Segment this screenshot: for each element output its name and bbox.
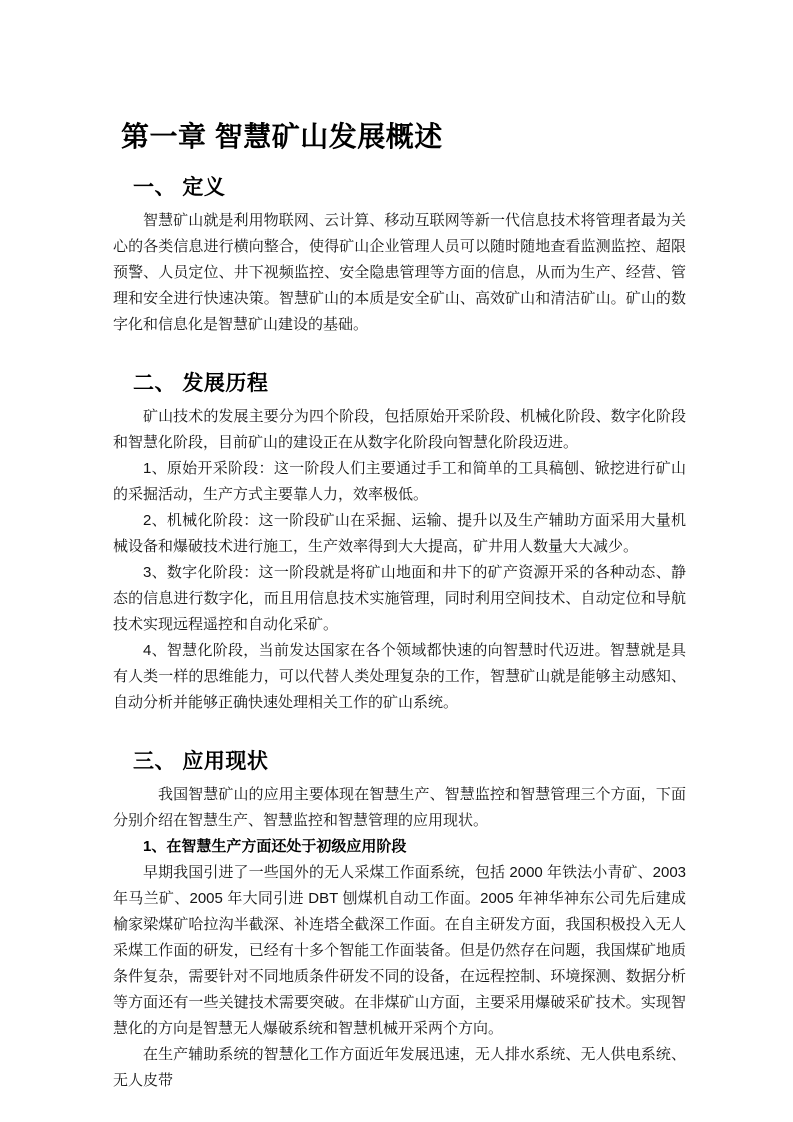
document-content: 第一章 智慧矿山发展概述 一、 定义 智慧矿山就是利用物联网、云计算、移动互联网…	[113, 0, 686, 1094]
body-paragraph: 早期我国引进了一些国外的无人采煤工作面系统，包括 2000 年铁法小青矿、200…	[113, 860, 686, 1042]
body-paragraph: 1、原始开采阶段：这一阶段人们主要通过手工和简单的工具稿刨、锨挖进行矿山的采掘活…	[113, 456, 686, 508]
bold-subheading: 1、在智慧生产方面还处于初级应用阶段	[113, 834, 686, 860]
body-paragraph: 2、机械化阶段：这一阶段矿山在采掘、运输、提升以及生产辅助方面采用大量机械设备和…	[113, 508, 686, 560]
body-paragraph: 4、智慧化阶段，当前发达国家在各个领域都快速的向智慧时代迈进。智慧就是具有人类一…	[113, 638, 686, 716]
body-paragraph: 矿山技术的发展主要分为四个阶段，包括原始开采阶段、机械化阶段、数字化阶段和智慧化…	[113, 404, 686, 456]
section-heading-history: 二、 发展历程	[133, 369, 686, 399]
chapter-title: 第一章 智慧矿山发展概述	[121, 118, 686, 156]
body-paragraph: 在生产辅助系统的智慧化工作方面近年发展迅速，无人排水系统、无人供电系统、无人皮带	[113, 1042, 686, 1094]
document-page: 第一章 智慧矿山发展概述 一、 定义 智慧矿山就是利用物联网、云计算、移动互联网…	[0, 0, 793, 1122]
body-paragraph: 智慧矿山就是利用物联网、云计算、移动互联网等新一代信息技术将管理者最为关心的各类…	[113, 208, 686, 338]
section-heading-definition: 一、 定义	[133, 173, 686, 203]
body-paragraph: 我国智慧矿山的应用主要体现在智慧生产、智慧监控和智慧管理三个方面，下面分别介绍在…	[113, 782, 686, 834]
section-heading-application-status: 三、 应用现状	[133, 747, 686, 777]
body-paragraph: 3、数字化阶段：这一阶段就是将矿山地面和井下的矿产资源开采的各种动态、静态的信息…	[113, 560, 686, 638]
